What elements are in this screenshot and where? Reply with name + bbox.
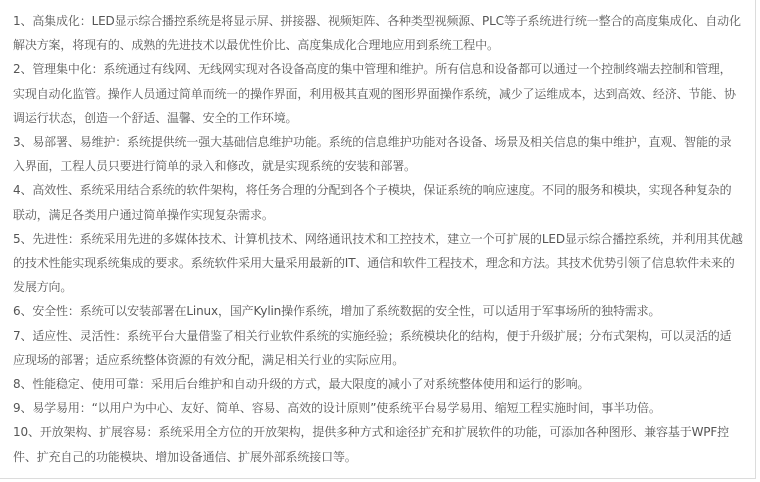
feature-paragraph-10: 10、开放架构、扩展容易：系统采用全方位的开放架构，提供多种方式和途径扩充和扩展… <box>13 420 743 468</box>
feature-paragraph-4: 4、高效性、系统采用结合系统的软件架构，将任务合理的分配到各个子模块，保证系统的… <box>13 178 743 226</box>
feature-paragraph-6: 6、安全性：系统可以安装部署在Linux，国产Kylin操作系统，增加了系统数据… <box>13 299 743 323</box>
feature-paragraph-2: 2、管理集中化：系统通过有线网、无线网实现对各设备高度的集中管理和维护。所有信息… <box>13 57 743 130</box>
feature-list: 1、高集成化：LED显示综合播控系统是将显示屏、拼接器、视频矩阵、各种类型视频源… <box>13 9 743 469</box>
feature-paragraph-9: 9、易学易用：“以用户为中心、友好、简单、容易、高效的设计原则”使系统平台易学易… <box>13 396 743 420</box>
feature-paragraph-5: 5、先进性：系统采用先进的多媒体技术、计算机技术、网络通讯技术和工控技术，建立一… <box>13 227 743 300</box>
feature-paragraph-3: 3、易部署、易维护：系统提供统一强大基础信息维护功能。系统的信息维护功能对各设备… <box>13 130 743 178</box>
document-panel: 1、高集成化：LED显示综合播控系统是将显示屏、拼接器、视频矩阵、各种类型视频源… <box>0 0 756 479</box>
feature-paragraph-8: 8、性能稳定、使用可靠：采用后台维护和自动升级的方式，最大限度的减小了对系统整体… <box>13 372 743 396</box>
feature-paragraph-1: 1、高集成化：LED显示综合播控系统是将显示屏、拼接器、视频矩阵、各种类型视频源… <box>13 9 743 57</box>
feature-paragraph-7: 7、适应性、灵活性：系统平台大量借鉴了相关行业软件系统的实施经验；系统模块化的结… <box>13 324 743 372</box>
